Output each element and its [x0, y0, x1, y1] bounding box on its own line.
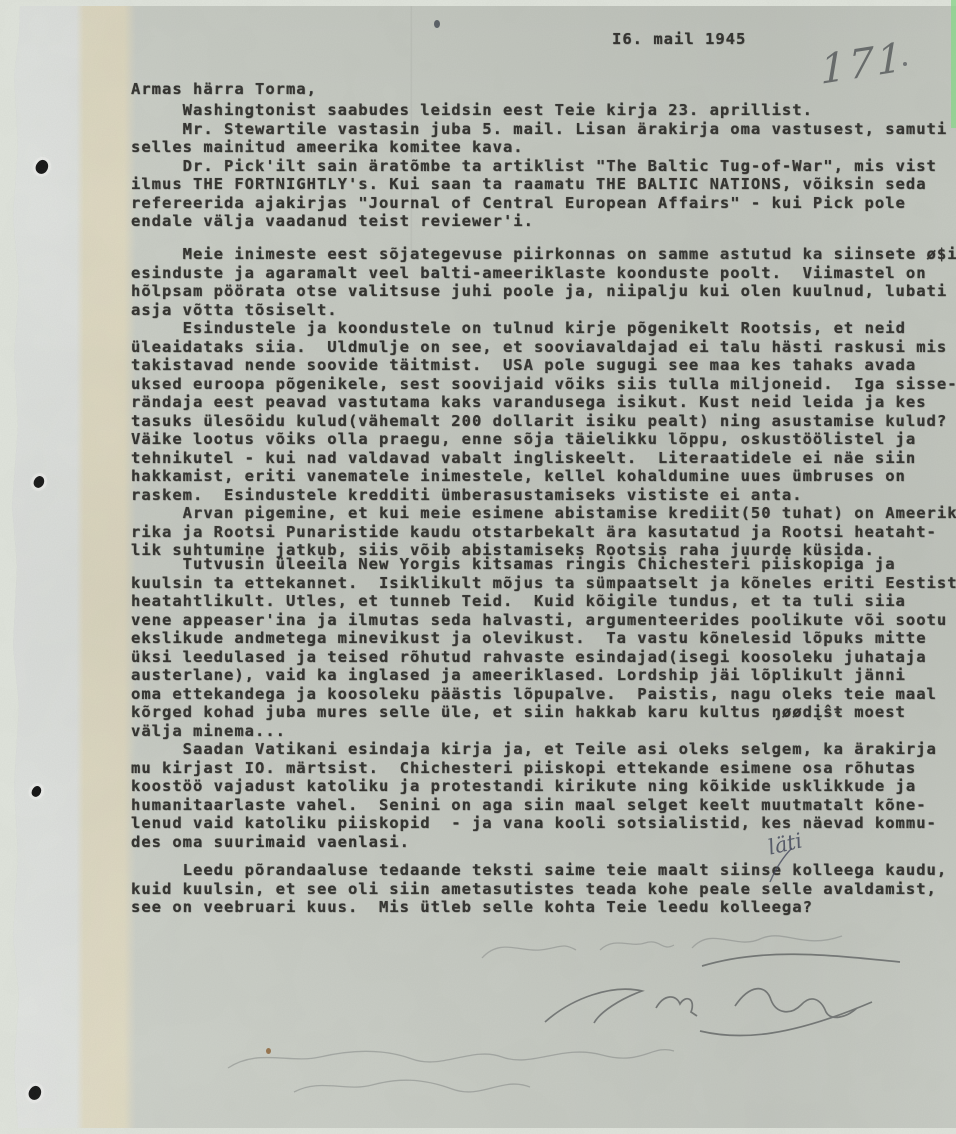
scanned-letter-page: { "document": { "kind": "typewritten let… — [0, 0, 956, 1134]
salutation: Armas härra Torma, — [131, 80, 317, 99]
paper-speck — [266, 1048, 271, 1054]
paragraph-block-3: Tutvusin üleeila New Yorgis kitsamas rin… — [131, 555, 956, 851]
ink-speck — [434, 20, 440, 28]
paragraph-block-2: Meie inimeste eest sõjategevuse piirkonn… — [131, 245, 956, 560]
paragraph-block-1: Washingtonist saabudes leidsin eest Teie… — [131, 101, 956, 231]
paragraph-block-4: Leedu põrandaaluse tedaande teksti saime… — [131, 861, 956, 917]
date-line: I6. mail 1945 — [612, 30, 746, 49]
